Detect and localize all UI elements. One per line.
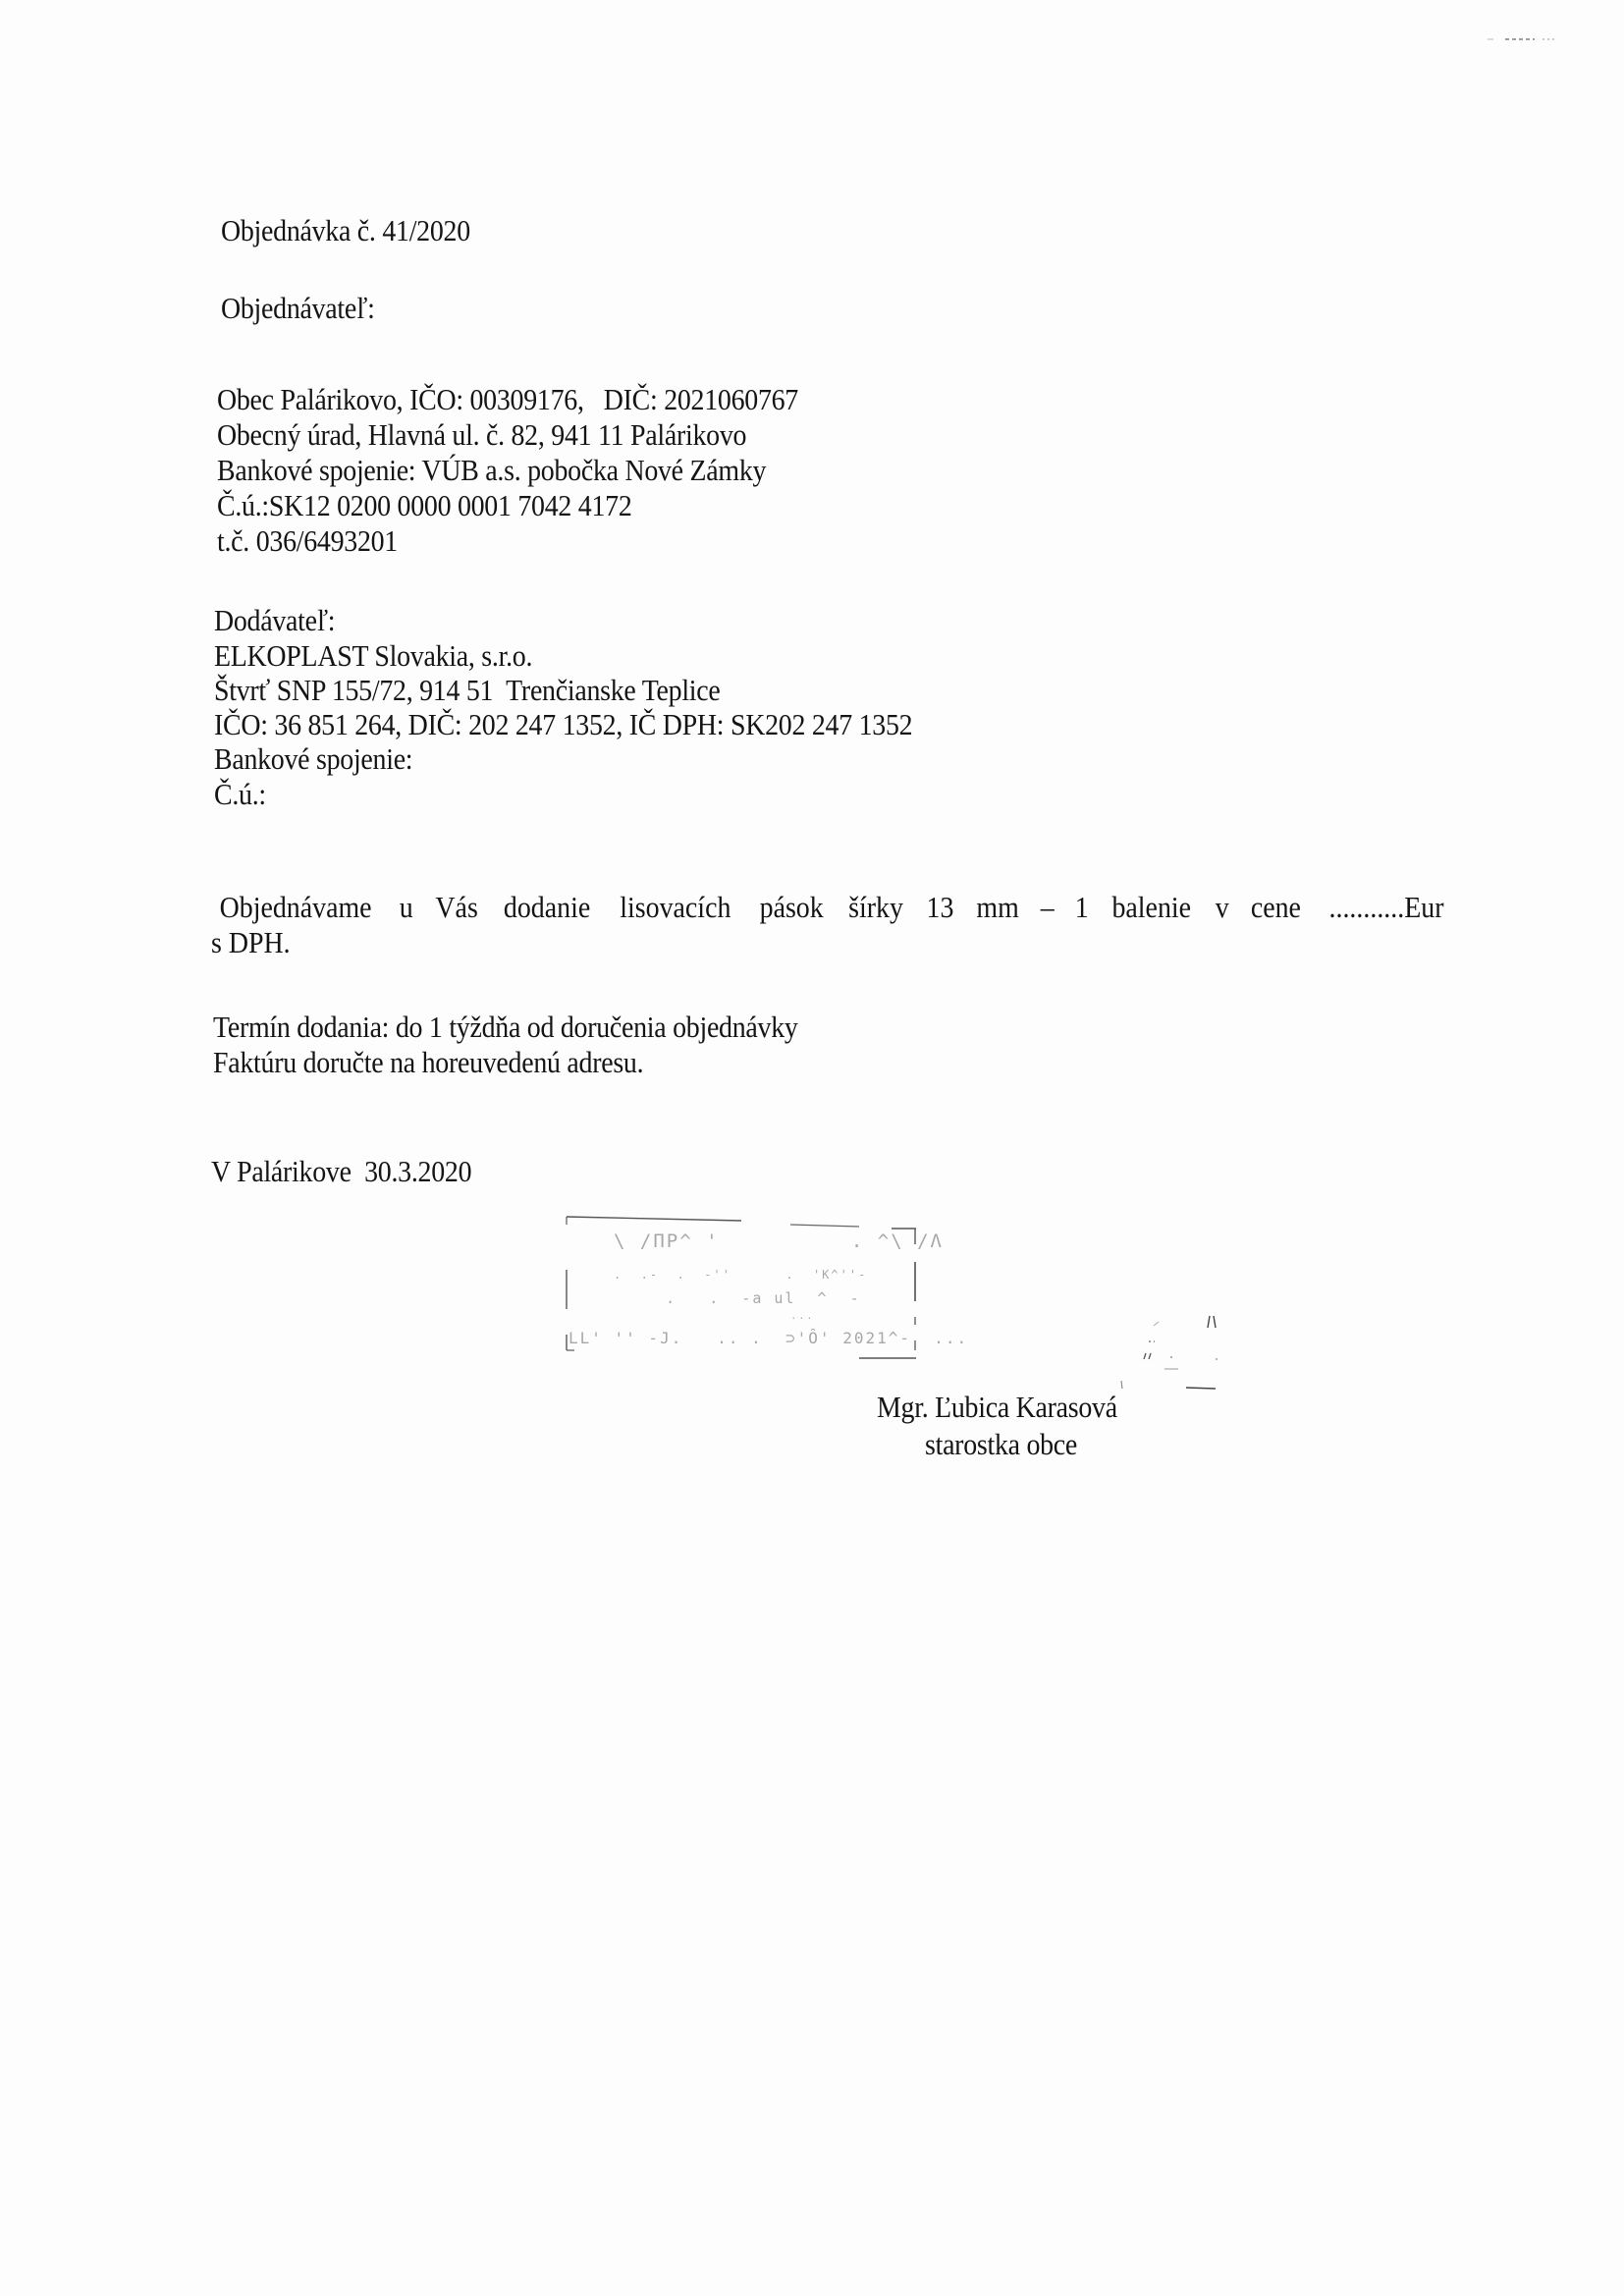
scan-artifact: [1488, 35, 1566, 45]
order-word: dodanie: [504, 890, 590, 925]
order-word: 1: [1074, 890, 1088, 925]
supplier-line: Č.ú.:: [214, 779, 266, 809]
order-word: v: [1215, 890, 1228, 925]
signatory-name: Mgr. Ľubica Karasová: [877, 1392, 1117, 1422]
order-word: lisovacích: [620, 890, 731, 925]
delivery-terms: Termín dodania: do 1 týždňa od doručenia…: [213, 1011, 798, 1042]
supplier-line: IČO: 36 851 264, DIČ: 202 247 1352, IČ D…: [214, 709, 912, 739]
order-word: u: [400, 890, 413, 925]
stamp-text: . .- . -'' . 'Κ^''-: [614, 1268, 867, 1282]
orderer-line: Obecný úrad, Hlavná ul. č. 82, 941 11 Pa…: [217, 419, 746, 450]
order-word: šírky: [848, 890, 903, 925]
order-text-line1: ObjednávameuVásdodanielisovacíchpásokšír…: [211, 890, 1450, 925]
order-word: Objednávame: [220, 890, 372, 925]
orderer-line: Obec Palárikovo, IČO: 00309176, DIČ: 202…: [217, 384, 798, 414]
order-word: Vás: [435, 890, 477, 925]
document-page: Objednávka č. 41/2020 Objednávateľ: Obec…: [0, 0, 1624, 2296]
stamp-text: ...: [673, 1311, 814, 1322]
supplier-line: ELKOPLAST Slovakia, s.r.o.: [214, 640, 532, 671]
order-word: cene: [1251, 890, 1301, 925]
orderer-line: t.č. 036/6493201: [217, 525, 398, 556]
signature-mark: [1100, 1286, 1218, 1394]
orderer-heading: Objednávateľ:: [221, 293, 375, 323]
stamp-text: \ /ΠΡ^ ' . ^\ /Λ: [614, 1230, 944, 1252]
stamp-text: . . -a ul ^ -: [633, 1289, 861, 1307]
order-word: mm: [976, 890, 1018, 925]
invoice-instructions: Faktúru doručte na horeuvedenú adresu.: [213, 1047, 643, 1077]
supplier-heading: Dodávateľ:: [214, 605, 335, 635]
order-word: –: [1041, 890, 1055, 925]
signatory-title: starostka obce: [925, 1429, 1077, 1459]
order-word: ...........Eur: [1328, 890, 1443, 925]
supplier-line: Bankové spojenie:: [214, 743, 412, 774]
official-stamp: \ /ΠΡ^ ' . ^\ /Λ . .- . -'' . 'Κ^''- . .…: [565, 1215, 918, 1360]
order-paragraph: ObjednávameuVásdodanielisovacíchpásokšír…: [211, 890, 1450, 960]
supplier-line: Štvrť SNP 155/72, 914 51 Trenčianske Tep…: [214, 675, 721, 705]
place-and-date: V Palárikove 30.3.2020: [211, 1156, 471, 1186]
order-word: pások: [759, 890, 823, 925]
order-word: balenie: [1112, 890, 1192, 925]
order-word: 13: [926, 890, 953, 925]
orderer-line: Č.ú.:SK12 0200 0000 0001 7042 4172: [217, 490, 632, 520]
orderer-line: Bankové spojenie: VÚB a.s. pobočka Nové …: [217, 455, 766, 485]
order-text-line2: s DPH.: [211, 925, 291, 960]
stamp-text: LL' '' -J. .. . ⊃'Ô' 2021^- ...: [568, 1329, 968, 1347]
document-title: Objednávka č. 41/2020: [221, 215, 470, 246]
